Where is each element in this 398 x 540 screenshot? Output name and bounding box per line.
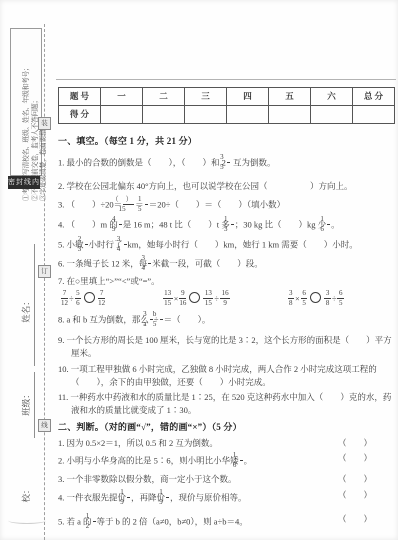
judge-item-text: 2. 小明与小华身高的比是 5∶6，则小明比小华矮16。 — [58, 452, 252, 469]
fraction: 65 — [337, 290, 344, 307]
answer-bracket: （ ） — [334, 473, 372, 486]
question-text: km，她每小时行（ ）km，她行 1 km 需要（ ）小时。 — [128, 239, 358, 249]
fraction: 23 — [85, 236, 88, 253]
judge-item-text: 5. 若 a 的12等于 b 的 2 倍（a≠0，b≠0），则 a÷b＝4。 — [58, 513, 248, 530]
question-text: ÷ — [69, 293, 74, 303]
name-write-line — [34, 244, 35, 366]
score-table-header-cell: 题 号 — [59, 88, 101, 106]
fill-question: 6. 一条绳子长 12 米，每34米截一段，可截（ ）段。 — [58, 255, 396, 272]
answer-bracket: （ ） — [334, 489, 372, 506]
question-text: 11. 一种药水中药液和水的质量比是 1∶25，在 520 克这种药水中加入（ … — [58, 392, 391, 415]
compare-circle — [310, 292, 321, 303]
section1-title: 一、填空。（每空 1 分，共 21 分） — [58, 135, 396, 148]
fill-question: 4. （ ）m 的49是 16 m；48 t 比（ ）t 多13；30 kg 比… — [58, 216, 396, 233]
exam-content: 题 号一二三四五六总 分得 分 一、填空。（每空 1 分，共 21 分） 1. … — [58, 84, 396, 530]
question-text: 米截一段，可截（ ）段。 — [152, 258, 263, 268]
question-text: ＝（ ）。 — [164, 314, 211, 324]
score-table-header-cell: 二 — [143, 88, 185, 106]
question-text: 8. a 和 b 互为倒数，那么 — [58, 314, 149, 324]
fraction: b5 — [160, 311, 163, 328]
class-write-line — [34, 372, 35, 438]
score-empty-cell — [311, 106, 353, 124]
question-text: 10. 一项工程甲独做 6 小时完成，乙独做 8 小时完成，两人合作 2 小时完… — [58, 364, 377, 387]
fill-question: 3. （ ）÷20＝（ ）15＝15＝20÷（ ）＝（ ）（填小数） — [58, 196, 396, 213]
score-table-header-cell: 六 — [311, 88, 353, 106]
compare-circle — [189, 292, 200, 303]
judge-item-text: 3. 一个非零数除以假分数，商一定小于这个数。 — [58, 473, 237, 486]
fraction: 35 — [227, 154, 230, 171]
question-text: 4. （ ）m 的 — [58, 219, 118, 229]
fraction: 12 — [93, 513, 96, 530]
question-text: 2. 学校在公园北偏东 40°方向上，也可以说学校在公园（ ）方向上。 — [58, 181, 353, 191]
score-row-label: 得 分 — [59, 106, 101, 124]
fraction: 34 — [124, 236, 127, 253]
score-table: 题 号一二三四五六总 分得 分 — [58, 87, 395, 124]
fill-question: 10. 一项工程甲独做 6 小时完成，乙独做 8 小时完成，两人合作 2 小时完… — [58, 363, 396, 389]
question-text: 1. 因为 0.5×2＝1，所以 0.5 和 2 互为倒数。 — [58, 438, 218, 448]
question-text: × — [174, 293, 179, 303]
question-text: 4. 一件衣服先提价 — [58, 492, 126, 502]
fraction: 34 — [148, 255, 151, 272]
fill-question: 2. 学校在公园北偏东 40°方向上，也可以说学校在公园（ ）方向上。 — [58, 180, 396, 193]
binding-char: 装 — [38, 117, 51, 130]
question-text: 1. 最小的合数的倒数是（ ），（ ）和 2 — [58, 158, 226, 168]
fraction: 65 — [301, 290, 308, 307]
fraction: 916 — [179, 290, 186, 307]
judge-questions: 1. 因为 0.5×2＝1，所以 0.5 和 2 互为倒数。（ ）2. 小明与小… — [58, 437, 396, 530]
question-text: 等于 b 的 2 倍（a≠0，b≠0），则 a÷b＝4。 — [97, 516, 248, 526]
question-text: ，现价与原价相等。 — [170, 492, 247, 502]
score-empty-cell — [185, 106, 227, 124]
fraction: 712 — [98, 290, 105, 307]
fraction: 1315 — [203, 290, 213, 307]
score-table-header-cell: 三 — [185, 88, 227, 106]
question-text: ＝20÷（ ）＝（ ）（填小数） — [149, 199, 285, 209]
compare-group: 38×6538÷65 — [287, 290, 345, 307]
score-table-header-cell: 总 分 — [353, 88, 395, 106]
judge-item: 1. 因为 0.5×2＝1，所以 0.5 和 2 互为倒数。（ ） — [58, 437, 372, 450]
question-text: 6. 一条绳子长 12 米，每 — [58, 258, 147, 268]
fill-question: 8. a 和 b 互为倒数，那么3a÷b5＝（ ）。 — [58, 311, 396, 328]
question-text: 3. 一个非零数除以假分数，商一定小于这个数。 — [58, 474, 237, 484]
question-text: 。 — [244, 455, 253, 465]
compare-group: 712÷56712 — [60, 290, 106, 307]
fraction: 16 — [240, 452, 243, 469]
judge-item-text: 1. 因为 0.5×2＝1，所以 0.5 和 2 互为倒数。 — [58, 437, 218, 450]
fraction: 19 — [166, 489, 169, 506]
question-text: 互为倒数。 — [231, 158, 276, 168]
score-empty-cell — [269, 106, 311, 124]
score-table-header-cell: 五 — [269, 88, 311, 106]
question-text: 9. 一个长方形的周长是 100 厘米，长与宽的比是 3∶2，这个长方形的面积是… — [58, 335, 392, 358]
page-top-rule — [56, 79, 396, 80]
score-table-header-cell: 四 — [227, 88, 269, 106]
fill-question: 1. 最小的合数的倒数是（ ），（ ）和 235 互为倒数。 — [58, 154, 396, 171]
question-text: × — [295, 293, 300, 303]
question-text: 7. 在○里填上“>”“<”或“=”。 — [58, 276, 160, 286]
fraction: 1315 — [163, 290, 173, 307]
compare-expressions-row: 712÷567121315×9161315÷16938×6538÷65 — [60, 290, 345, 307]
question-text: 是 16 m；48 t 比（ ）t 多 — [123, 219, 230, 229]
fill-question: 9. 一个长方形的周长是 100 厘米，长与宽的比是 3∶2，这个长方形的面积是… — [58, 334, 396, 360]
seal-line-label: 密封线内 — [8, 176, 40, 189]
fraction: 38 — [324, 290, 331, 307]
answer-bracket: （ ） — [334, 452, 372, 469]
fraction: 49 — [119, 216, 122, 233]
answer-bracket: （ ） — [334, 437, 372, 450]
fraction: 15 — [145, 196, 148, 213]
judge-item: 3. 一个非零数除以假分数，商一定小于这个数。（ ） — [58, 473, 372, 486]
fraction: 19 — [127, 489, 130, 506]
fraction: （ ）15 — [123, 196, 134, 213]
fraction: 16 — [327, 216, 330, 233]
fraction: 56 — [75, 290, 82, 307]
judge-item: 4. 一件衣服先提价19，再降价19，现价与原价相等。（ ） — [58, 489, 372, 506]
fill-in-questions: 1. 最小的合数的倒数是（ ），（ ）和 235 互为倒数。2. 学校在公园北偏… — [58, 154, 396, 417]
question-text: ；30 kg 比（ ）kg 少 — [235, 219, 326, 229]
school-label: 校： — [20, 474, 32, 514]
question-text: 2. 小明与小华身高的比是 5∶6，则小明比小华矮 — [58, 455, 239, 465]
exam-notice-box: ①考生要写清校名、班级、姓名、年级和考号；②不准提前交卷，监考人不答问题；③字迹… — [10, 28, 42, 176]
question-text: ÷ — [332, 293, 337, 303]
name-label: 姓名： — [20, 276, 32, 344]
fill-question: 11. 一种药水中药液和水的质量比是 1∶25，在 520 克这种药水中加入（ … — [58, 391, 396, 417]
score-empty-cell — [227, 106, 269, 124]
score-empty-cell — [101, 106, 143, 124]
fraction: 13 — [231, 216, 234, 233]
fill-question: 5. 小敏23小时行了34km，她每小时行（ ）km，她行 1 km 需要（ ）… — [58, 236, 396, 253]
judge-item: 5. 若 a 的12等于 b 的 2 倍（a≠0，b≠0），则 a÷b＝4。（ … — [58, 513, 372, 530]
judge-item-text: 4. 一件衣服先提价19，再降价19，现价与原价相等。 — [58, 489, 247, 506]
binding-dashed-line — [44, 24, 45, 540]
fraction: 712 — [61, 290, 68, 307]
fraction: 38 — [288, 290, 295, 307]
binding-char: 线 — [38, 419, 51, 432]
fraction: 169 — [220, 290, 230, 307]
exam-paper-page: ①考生要写清校名、班级、姓名、年级和考号；②不准提前交卷，监考人不答问题；③字迹… — [0, 0, 398, 540]
score-empty-cell — [353, 106, 395, 124]
binding-char: 订 — [38, 265, 51, 278]
compare-circle — [84, 292, 95, 303]
compare-group: 1315×9161315÷169 — [162, 290, 231, 307]
question-text: 。 — [331, 219, 340, 229]
scan-fold-mark — [8, 517, 46, 524]
score-empty-cell — [143, 106, 185, 124]
question-text: ÷ — [214, 293, 219, 303]
section2-title: 二、判断。（对的画“√”，错的画“×”）（5 分） — [58, 421, 396, 434]
fill-question: 7. 在○里填上“>”“<”或“=”。 — [58, 275, 396, 288]
class-label: 班级： — [20, 369, 32, 437]
score-table-header-cell: 一 — [101, 88, 143, 106]
answer-bracket: （ ） — [334, 513, 372, 530]
judge-item: 2. 小明与小华身高的比是 5∶6，则小明比小华矮16。（ ） — [58, 452, 372, 469]
